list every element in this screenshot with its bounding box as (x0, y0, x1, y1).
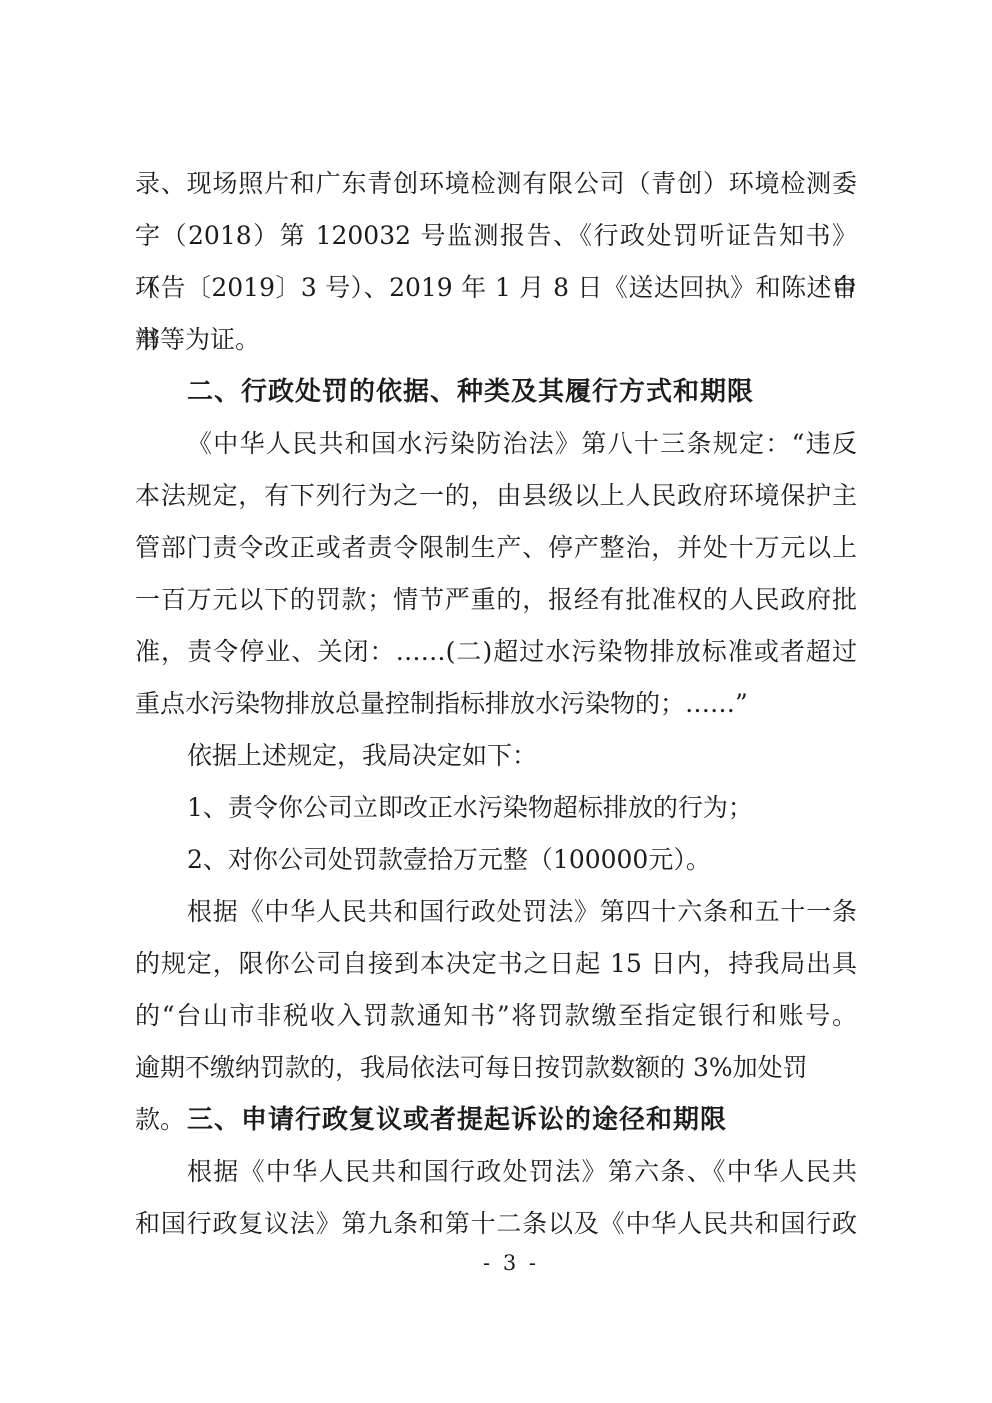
text-line: 一百万元以下的罚款；情节严重的，报经有批准权的人民政府批 (135, 574, 857, 626)
text-line: 《中华人民共和国水污染防治法》第八十三条规定：“违反 (135, 418, 857, 470)
section-heading-2: 二、行政处罚的依据、种类及其履行方式和期限 (135, 366, 857, 418)
text-line: 书等为证。 (135, 314, 857, 366)
text-line: 字（2018）第 120032 号监测报告、《行政处罚听证告知书》（台 (135, 210, 857, 262)
section-heading-3: 三、申请行政复议或者提起诉讼的途径和期限 (135, 1094, 857, 1146)
text-line-decision-1: 1、责令你公司立即改正水污染物超标排放的行为； (135, 782, 857, 834)
text-line: 录、现场照片和广东青创环境检测有限公司（青创）环境检测委 (135, 158, 857, 210)
text-line: 根据《中华人民共和国行政处罚法》第六条、《中华人民共 (135, 1146, 857, 1198)
text-line-decision-2: 2、对你公司处罚款壹拾万元整（100000元）。 (135, 834, 857, 886)
document-page: { "page": { "background_color": "#ffffff… (0, 0, 992, 1403)
text-line: 本法规定，有下列行为之一的，由县级以上人民政府环境保护主 (135, 470, 857, 522)
text-line: 根据《中华人民共和国行政处罚法》第四十六条和五十一条 (135, 886, 857, 938)
text-line: 环告〔2019〕3 号）、2019 年 1 月 8 日《送达回执》和陈述申辩 (135, 262, 857, 314)
page-number: - 3 - (135, 1248, 887, 1278)
text-line: 重点水污染物排放总量控制指标排放水污染物的；……” (135, 678, 857, 730)
text-line: 的规定，限你公司自接到本决定书之日起 15 日内，持我局出具 (135, 938, 857, 990)
text-line: 管部门责令改正或者责令限制生产、停产整治，并处十万元以上 (135, 522, 857, 574)
text-line: 准，责令停业、关闭：……(二)超过水污染物排放标准或者超过 (135, 626, 857, 678)
text-line: 的“台山市非税收入罚款通知书”将罚款缴至指定银行和账号。 (135, 990, 857, 1042)
document-text-block: 录、现场照片和广东青创环境检测有限公司（青创）环境检测委 字（2018）第 12… (135, 158, 857, 1250)
text-line: 逾期不缴纳罚款的，我局依法可每日按罚款数额的 3%加处罚款。 (135, 1042, 857, 1094)
text-line: 依据上述规定，我局决定如下： (135, 730, 857, 782)
text-line: 和国行政复议法》第九条和第十二条以及《中华人民共和国行政 (135, 1198, 857, 1250)
